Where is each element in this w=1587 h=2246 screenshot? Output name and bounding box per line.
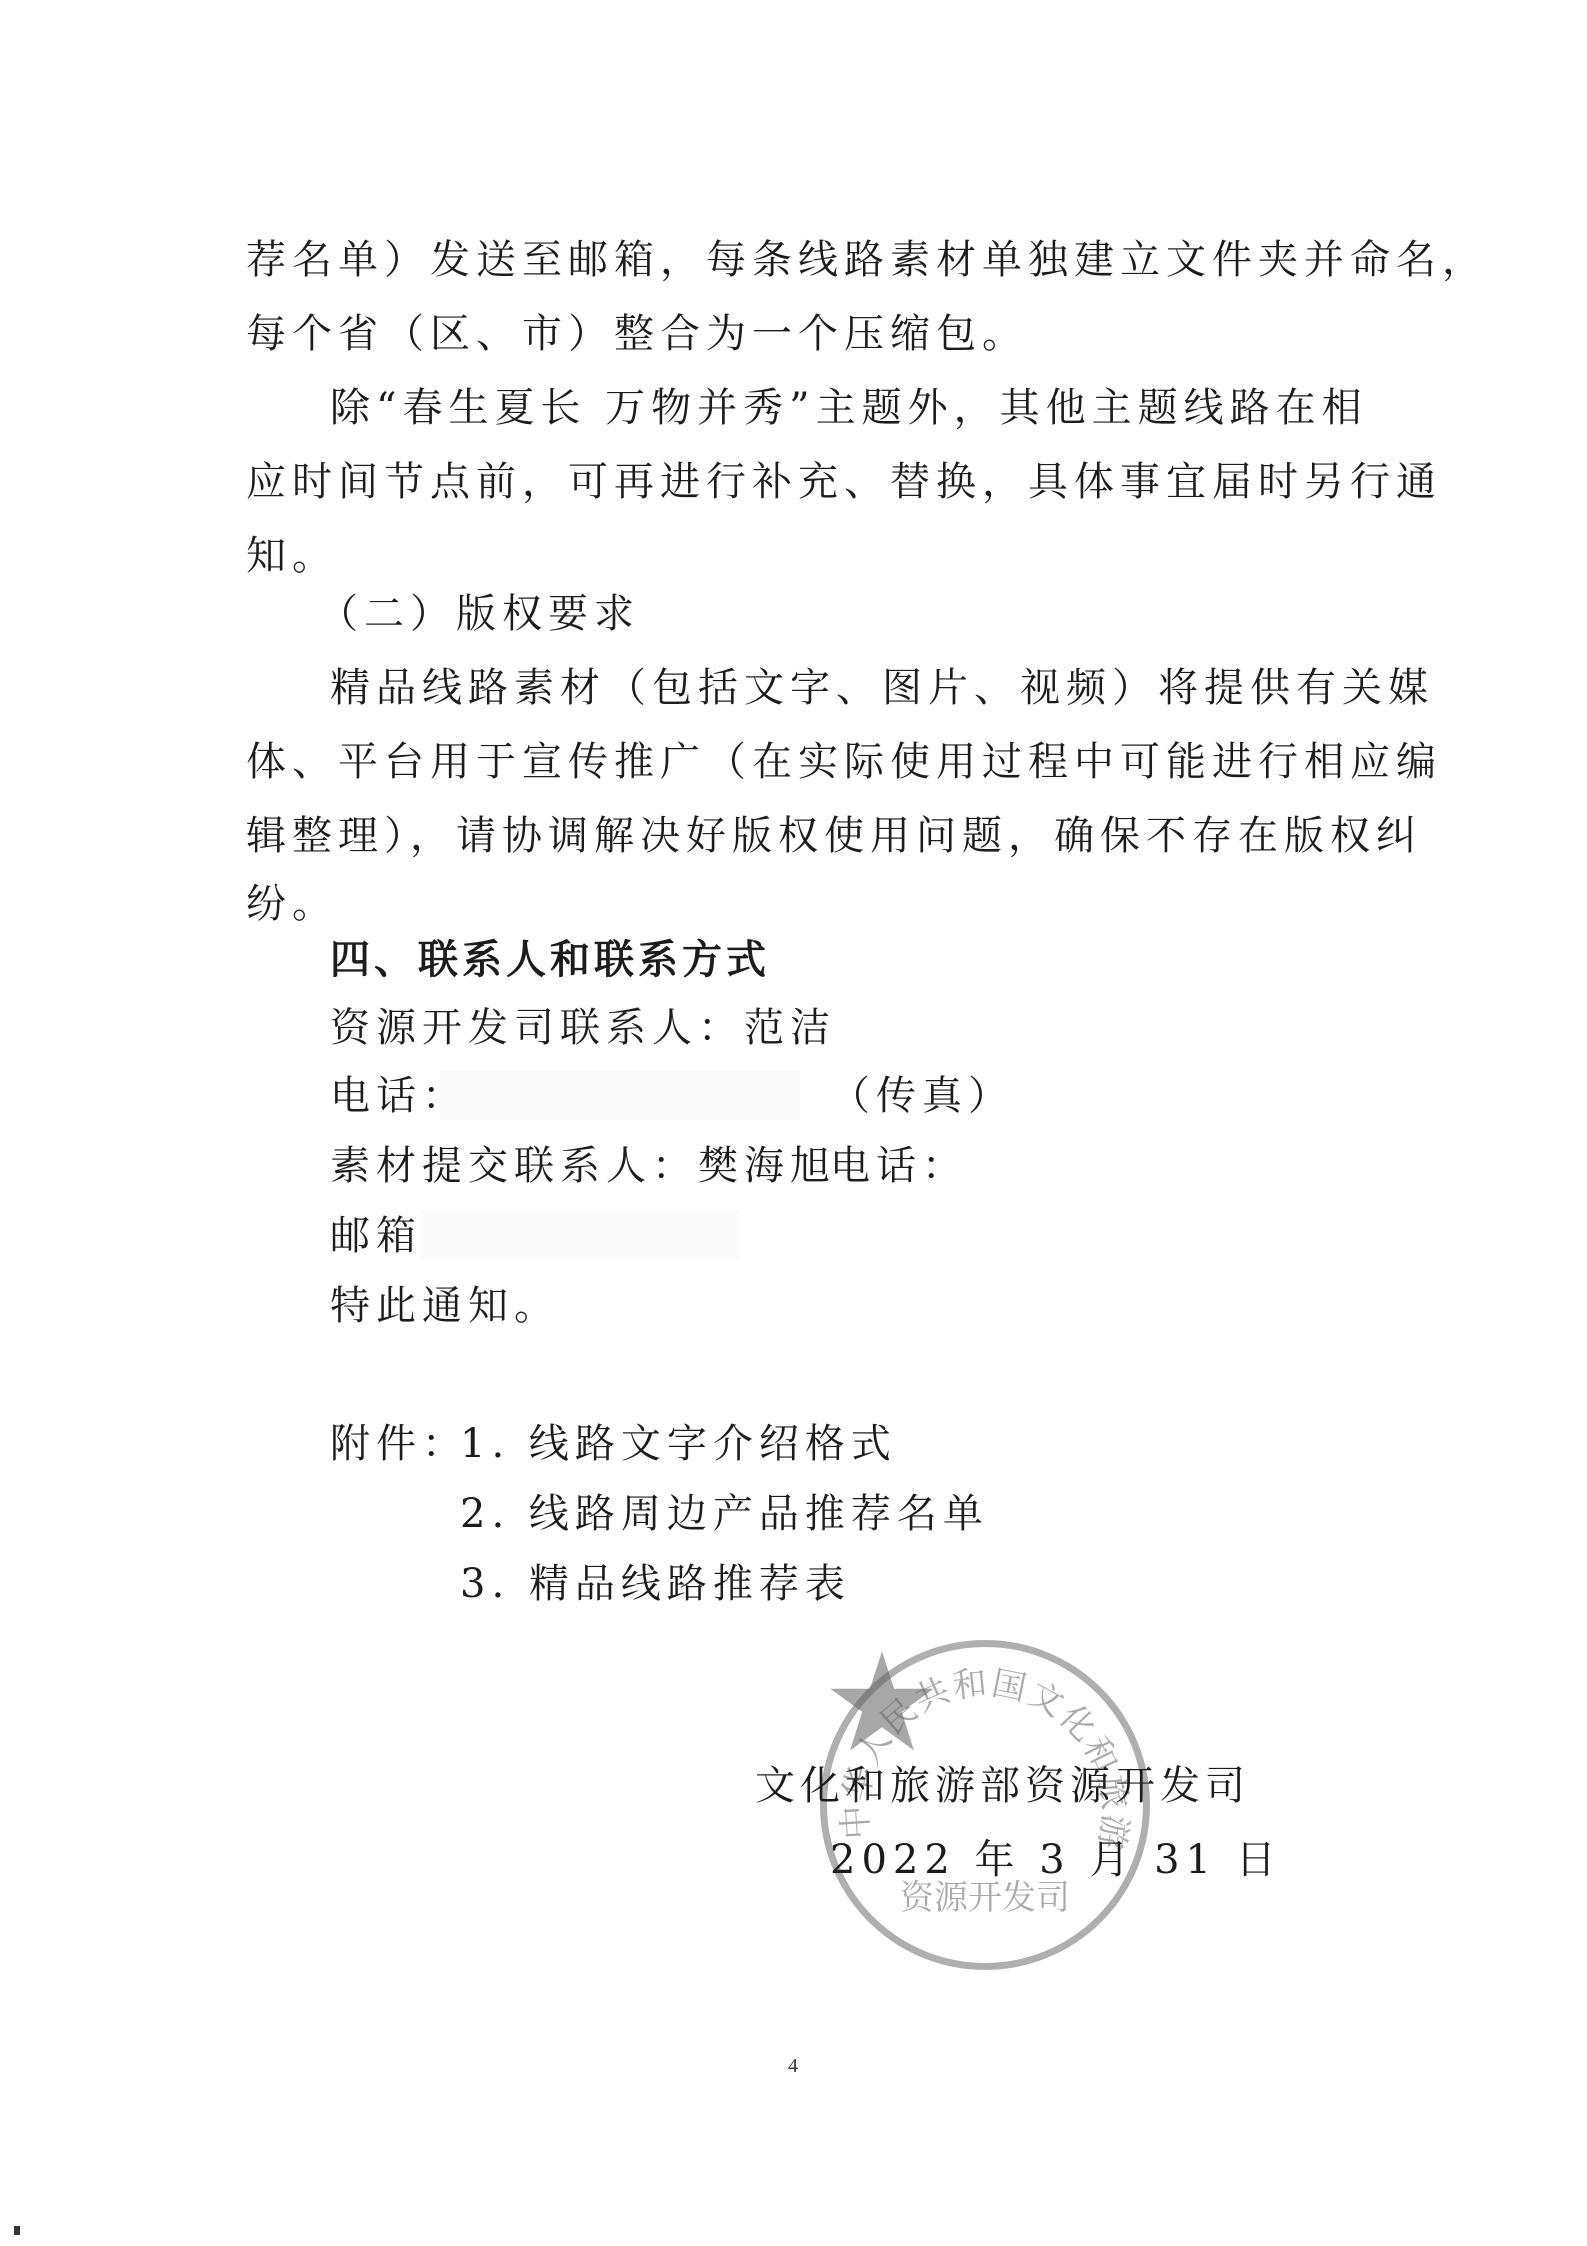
signature-org: 文化和旅游部资源开发司: [755, 1762, 1250, 1810]
paragraph-line: 知。: [246, 532, 338, 580]
redacted-phone: [440, 1070, 800, 1120]
paragraph-line: 辑整理），请协调解决好版权使用问题，确保不存在版权纠: [246, 812, 1422, 860]
redacted-email: [420, 1210, 740, 1260]
submit-phone-label: 电话：: [830, 1142, 968, 1190]
paragraph-line: 应时间节点前，可再进行补充、替换，具体事宜届时另行通: [246, 458, 1442, 506]
attachment-item: 2. 线路周边产品推荐名单: [460, 1490, 989, 1538]
paragraph-line: 每个省（区、市）整合为一个压缩包。: [246, 310, 1028, 358]
subheading-copyright: （二）版权要求: [318, 590, 640, 638]
fax-label: （传真）: [830, 1072, 1014, 1120]
seal-inner-text: 资源开发司: [900, 1878, 1070, 1918]
star-icon: [827, 1647, 937, 1757]
attachment-item: 3. 精品线路推荐表: [460, 1560, 851, 1608]
page-number: 4: [788, 2055, 798, 2078]
attachments-label: 附件：: [330, 1420, 468, 1468]
dept-contact: 资源开发司联系人：范洁: [330, 1004, 836, 1052]
signature-date: 2022 年 3 月 31 日: [830, 1836, 1282, 1884]
attachment-item: 1. 线路文字介绍格式: [460, 1420, 897, 1468]
submit-contact: 素材提交联系人：樊海旭: [330, 1142, 836, 1190]
paragraph-line: 纷。: [246, 880, 338, 928]
paragraph-line: 体、平台用于宣传推广（在实际使用过程中可能进行相应编: [246, 738, 1442, 786]
closing-text: 特此通知。: [330, 1282, 560, 1330]
paragraph-line: 除“春生夏长 万物并秀”主题外，其他主题线路在相: [330, 384, 1368, 432]
scan-mark: [14, 2226, 20, 2235]
paragraph-line: 精品线路素材（包括文字、图片、视频）将提供有关媒: [330, 664, 1434, 712]
paragraph-line: 荐名单）发送至邮箱，每条线路素材单独建立文件夹并命名，: [246, 236, 1488, 284]
section-heading: 四、联系人和联系方式: [330, 936, 770, 984]
